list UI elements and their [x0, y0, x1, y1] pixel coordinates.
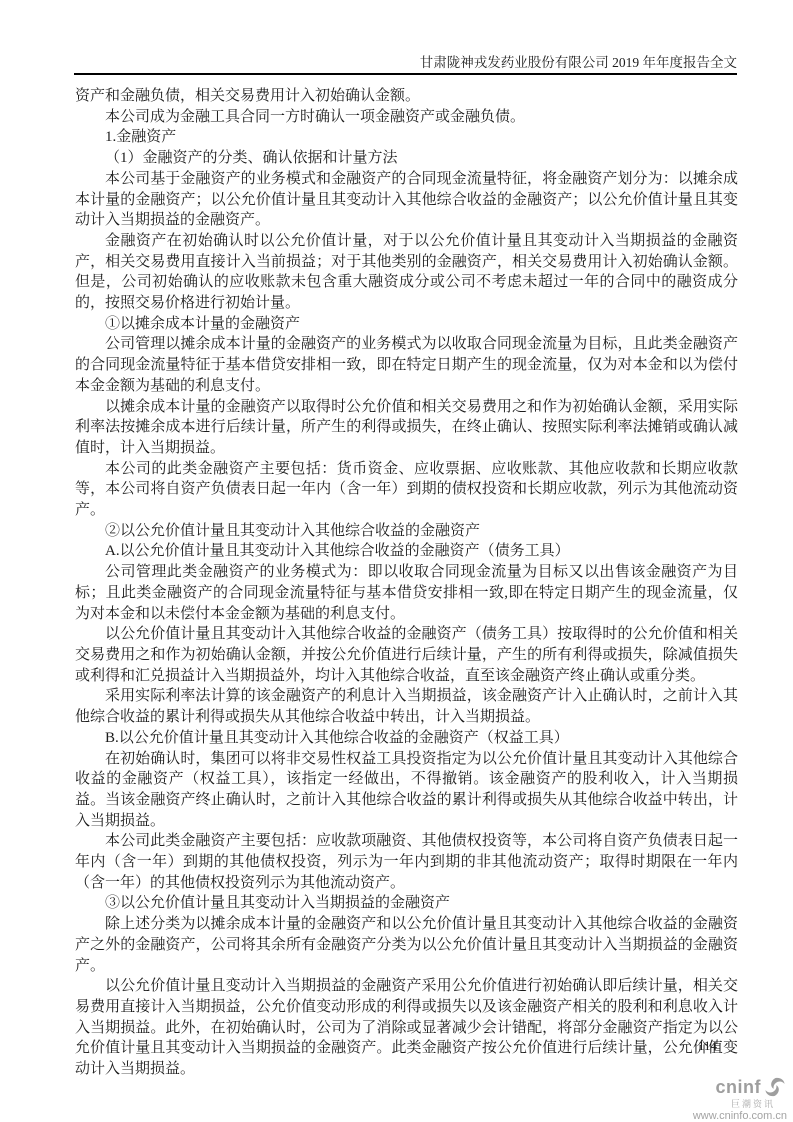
document-body: 资产和金融负债，相关交易费用计入初始确认金额。本公司成为金融工具合同一方时确认一… — [75, 86, 738, 1080]
header-divider — [74, 73, 737, 75]
paragraph: 公司管理以摊余成本计量的金融资产的业务模式为以收取合同现金流量为目标，且此类金融… — [75, 334, 738, 396]
paragraph: B.以公允价值计量且其变动计入其他综合收益的金融资产（权益工具） — [75, 728, 738, 749]
paragraph: ①以摊余成本计量的金融资产 — [75, 314, 738, 335]
cninfo-brand-text: cninf — [716, 1078, 762, 1096]
page-header-title: 甘肃陇神戎发药业股份有限公司 2019 年年度报告全文 — [74, 54, 737, 71]
paragraph: 以公允价值计量且变动计入当期损益的金融资产采用公允价值进行初始确认即后续计量，相… — [75, 976, 738, 1080]
paragraph: 采用实际利率法计算的该金融资产的利息计入当期损益，该金融资产计入止确认时，之前计… — [75, 686, 738, 727]
paragraph: 公司管理此类金融资产的业务模式为：即以收取合同现金流量为目标又以出售该金融资产为… — [75, 562, 738, 624]
paragraph: 本公司基于金融资产的业务模式和金融资产的合同现金流量特征，将金融资产划分为：以摊… — [75, 169, 738, 231]
paragraph: 在初始确认时，集团可以将非交易性权益工具投资指定为以公允价值计量且其变动计入其他… — [75, 749, 738, 832]
cninfo-watermark: cninf 巨潮资讯 www.cninfo.com.cn — [677, 1076, 787, 1122]
page-number: 114 — [698, 1038, 717, 1054]
paragraph: 资产和金融负债，相关交易费用计入初始确认金额。 — [75, 86, 738, 107]
paragraph: 1.金融资产 — [75, 127, 738, 148]
paragraph: （1）金融资产的分类、确认依据和计量方法 — [75, 148, 738, 169]
paragraph: A.以公允价值计量且其变动计入其他综合收益的金融资产（债务工具） — [75, 541, 738, 562]
paragraph: 以摊余成本计量的金融资产以取得时公允价值和相关交易费用之和作为初始确认金额，采用… — [75, 397, 738, 459]
paragraph: 本公司此类金融资产主要包括：应收款项融资、其他债权投资等，本公司将自资产负债表日… — [75, 831, 738, 893]
cninfo-swirl-icon — [763, 1076, 787, 1098]
paragraph: 金融资产在初始确认时以公允价值计量，对于以公允价值计量且其变动计入当期损益的金融… — [75, 231, 738, 314]
paragraph: ③以公允价值计量且其变动计入当期损益的金融资产 — [75, 893, 738, 914]
paragraph: 以公允价值计量且其变动计入其他综合收益的金融资产（债务工具）按取得时的公允价值和… — [75, 624, 738, 686]
cninfo-caption-text: 巨潮资讯 — [677, 1100, 787, 1109]
paragraph: 本公司的此类金融资产主要包括：货币资金、应收票据、应收账款、其他应收款和长期应收… — [75, 459, 738, 521]
paragraph: 本公司成为金融工具合同一方时确认一项金融资产或金融负债。 — [75, 107, 738, 128]
paragraph: 除上述分类为以摊余成本计量的金融资产和以公允价值计量且其变动计入其他综合收益的金… — [75, 914, 738, 976]
paragraph: ②以公允价值计量且其变动计入其他综合收益的金融资产 — [75, 521, 738, 542]
report-page: 甘肃陇神戎发药业股份有限公司 2019 年年度报告全文 资产和金融负债，相关交易… — [0, 0, 793, 1122]
cninfo-url-text: www.cninfo.com.cn — [677, 1111, 787, 1122]
